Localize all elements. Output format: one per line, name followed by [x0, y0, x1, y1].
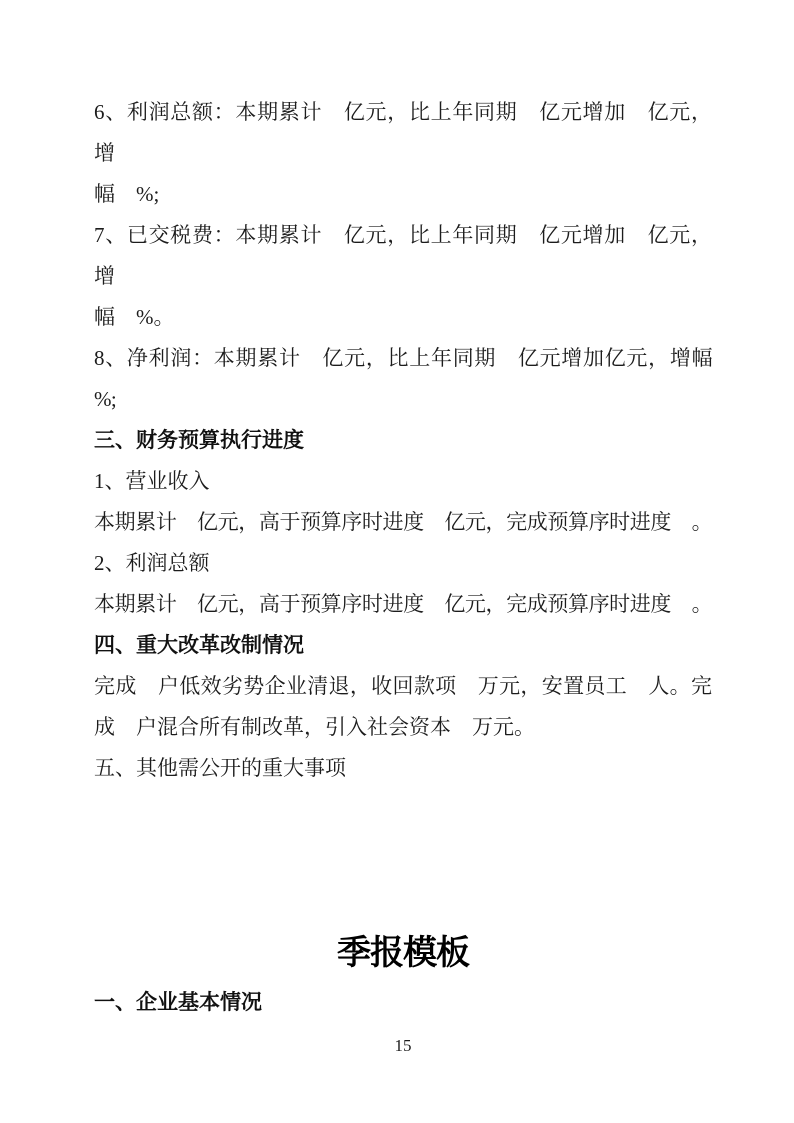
page-title: 季报模板	[94, 933, 712, 973]
document-page: 6、利润总额：本期累计 亿元，比上年同期 亿元增加 亿元，增幅 %;7、已交税费…	[0, 0, 794, 1123]
document-line: 8、净利润：本期累计 亿元，比上年同期 亿元增加亿元，增幅 %;	[94, 338, 712, 420]
document-line: 幅 %。	[94, 297, 712, 338]
body-text: 6、利润总额：本期累计 亿元，比上年同期 亿元增加 亿元，增幅 %;7、已交税费…	[94, 92, 712, 789]
document-line: 成 户混合所有制改革，引入社会资本 万元。	[94, 707, 712, 748]
document-line: 本期累计 亿元，高于预算序时进度 亿元，完成预算序时进度 。	[94, 584, 712, 625]
section-heading: 三、财务预算执行进度	[94, 420, 712, 461]
document-line: 1、营业收入	[94, 461, 712, 502]
document-line: 7、已交税费：本期累计 亿元，比上年同期 亿元增加 亿元，增	[94, 215, 712, 297]
section-heading: 四、重大改革改制情况	[94, 625, 712, 666]
document-line: 2、利润总额	[94, 543, 712, 584]
document-line: 完成 户低效劣势企业清退，收回款项 万元，安置员工 人。完	[94, 666, 712, 707]
document-line: 五、其他需公开的重大事项	[94, 748, 712, 789]
page-number: 15	[94, 1037, 712, 1055]
document-line: 6、利润总额：本期累计 亿元，比上年同期 亿元增加 亿元，增	[94, 92, 712, 174]
document-line: 本期累计 亿元，高于预算序时进度 亿元，完成预算序时进度 。	[94, 502, 712, 543]
section-heading-enterprise-basics: 一、企业基本情况	[94, 988, 712, 1016]
document-line: 幅 %;	[94, 174, 712, 215]
